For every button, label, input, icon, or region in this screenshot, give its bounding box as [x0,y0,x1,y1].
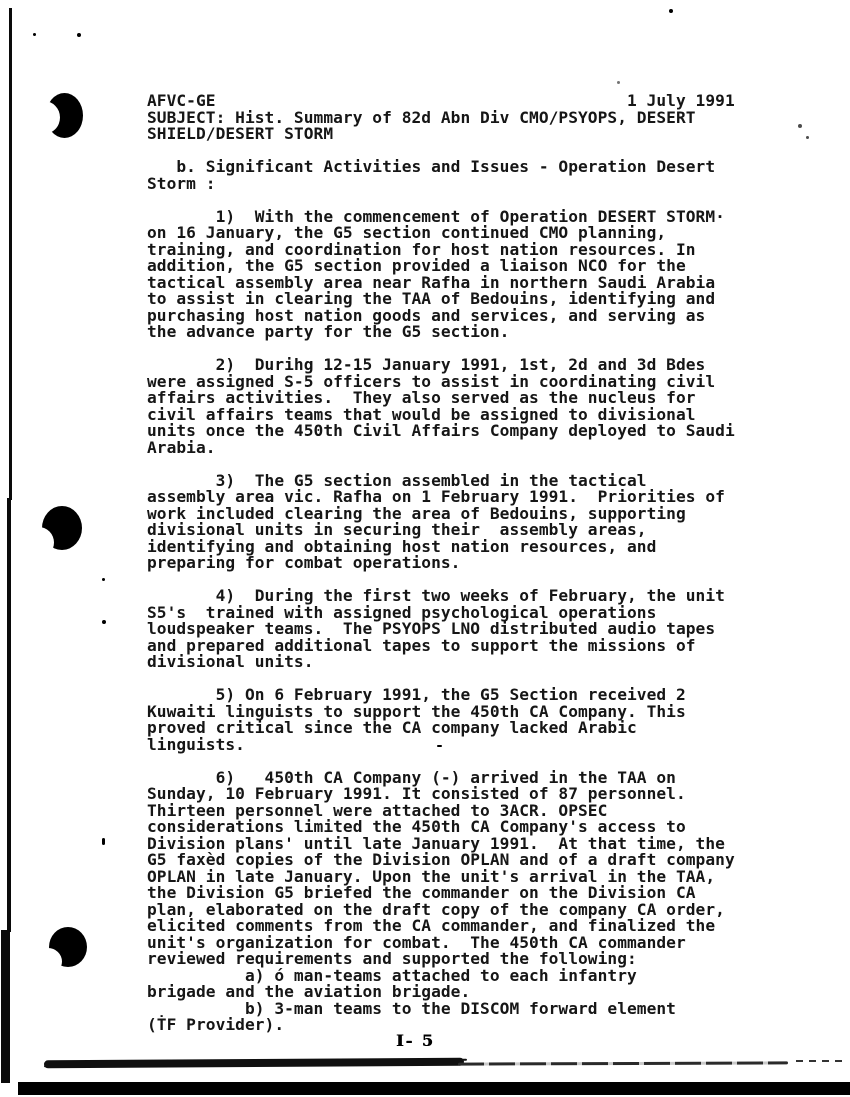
noise-speck [33,33,36,36]
bottom-scan-bar [18,1082,850,1095]
noise-speck [102,838,105,845]
scan-smudge-line [44,1058,464,1069]
left-edge-scan-line [1,930,10,1083]
scanned-page: AFVC-GE 1 July 1991 SUBJECT: Hist. Summa… [0,0,850,1097]
noise-speck [102,578,105,581]
noise-speck [798,124,802,128]
noise-speck [102,620,106,624]
noise-speck [806,136,809,139]
typewritten-text: AFVC-GE 1 July 1991 SUBJECT: Hist. Summa… [147,93,735,1034]
scan-smudge-line [796,1060,844,1062]
noise-speck [77,33,81,37]
noise-speck [437,745,442,747]
page-number: I- 5 [396,1031,435,1050]
noise-speck [669,9,673,13]
left-edge-scan-line [9,8,12,500]
noise-speck [617,81,620,84]
left-edge-scan-line [7,498,11,932]
scan-smudge-line [458,1061,788,1065]
